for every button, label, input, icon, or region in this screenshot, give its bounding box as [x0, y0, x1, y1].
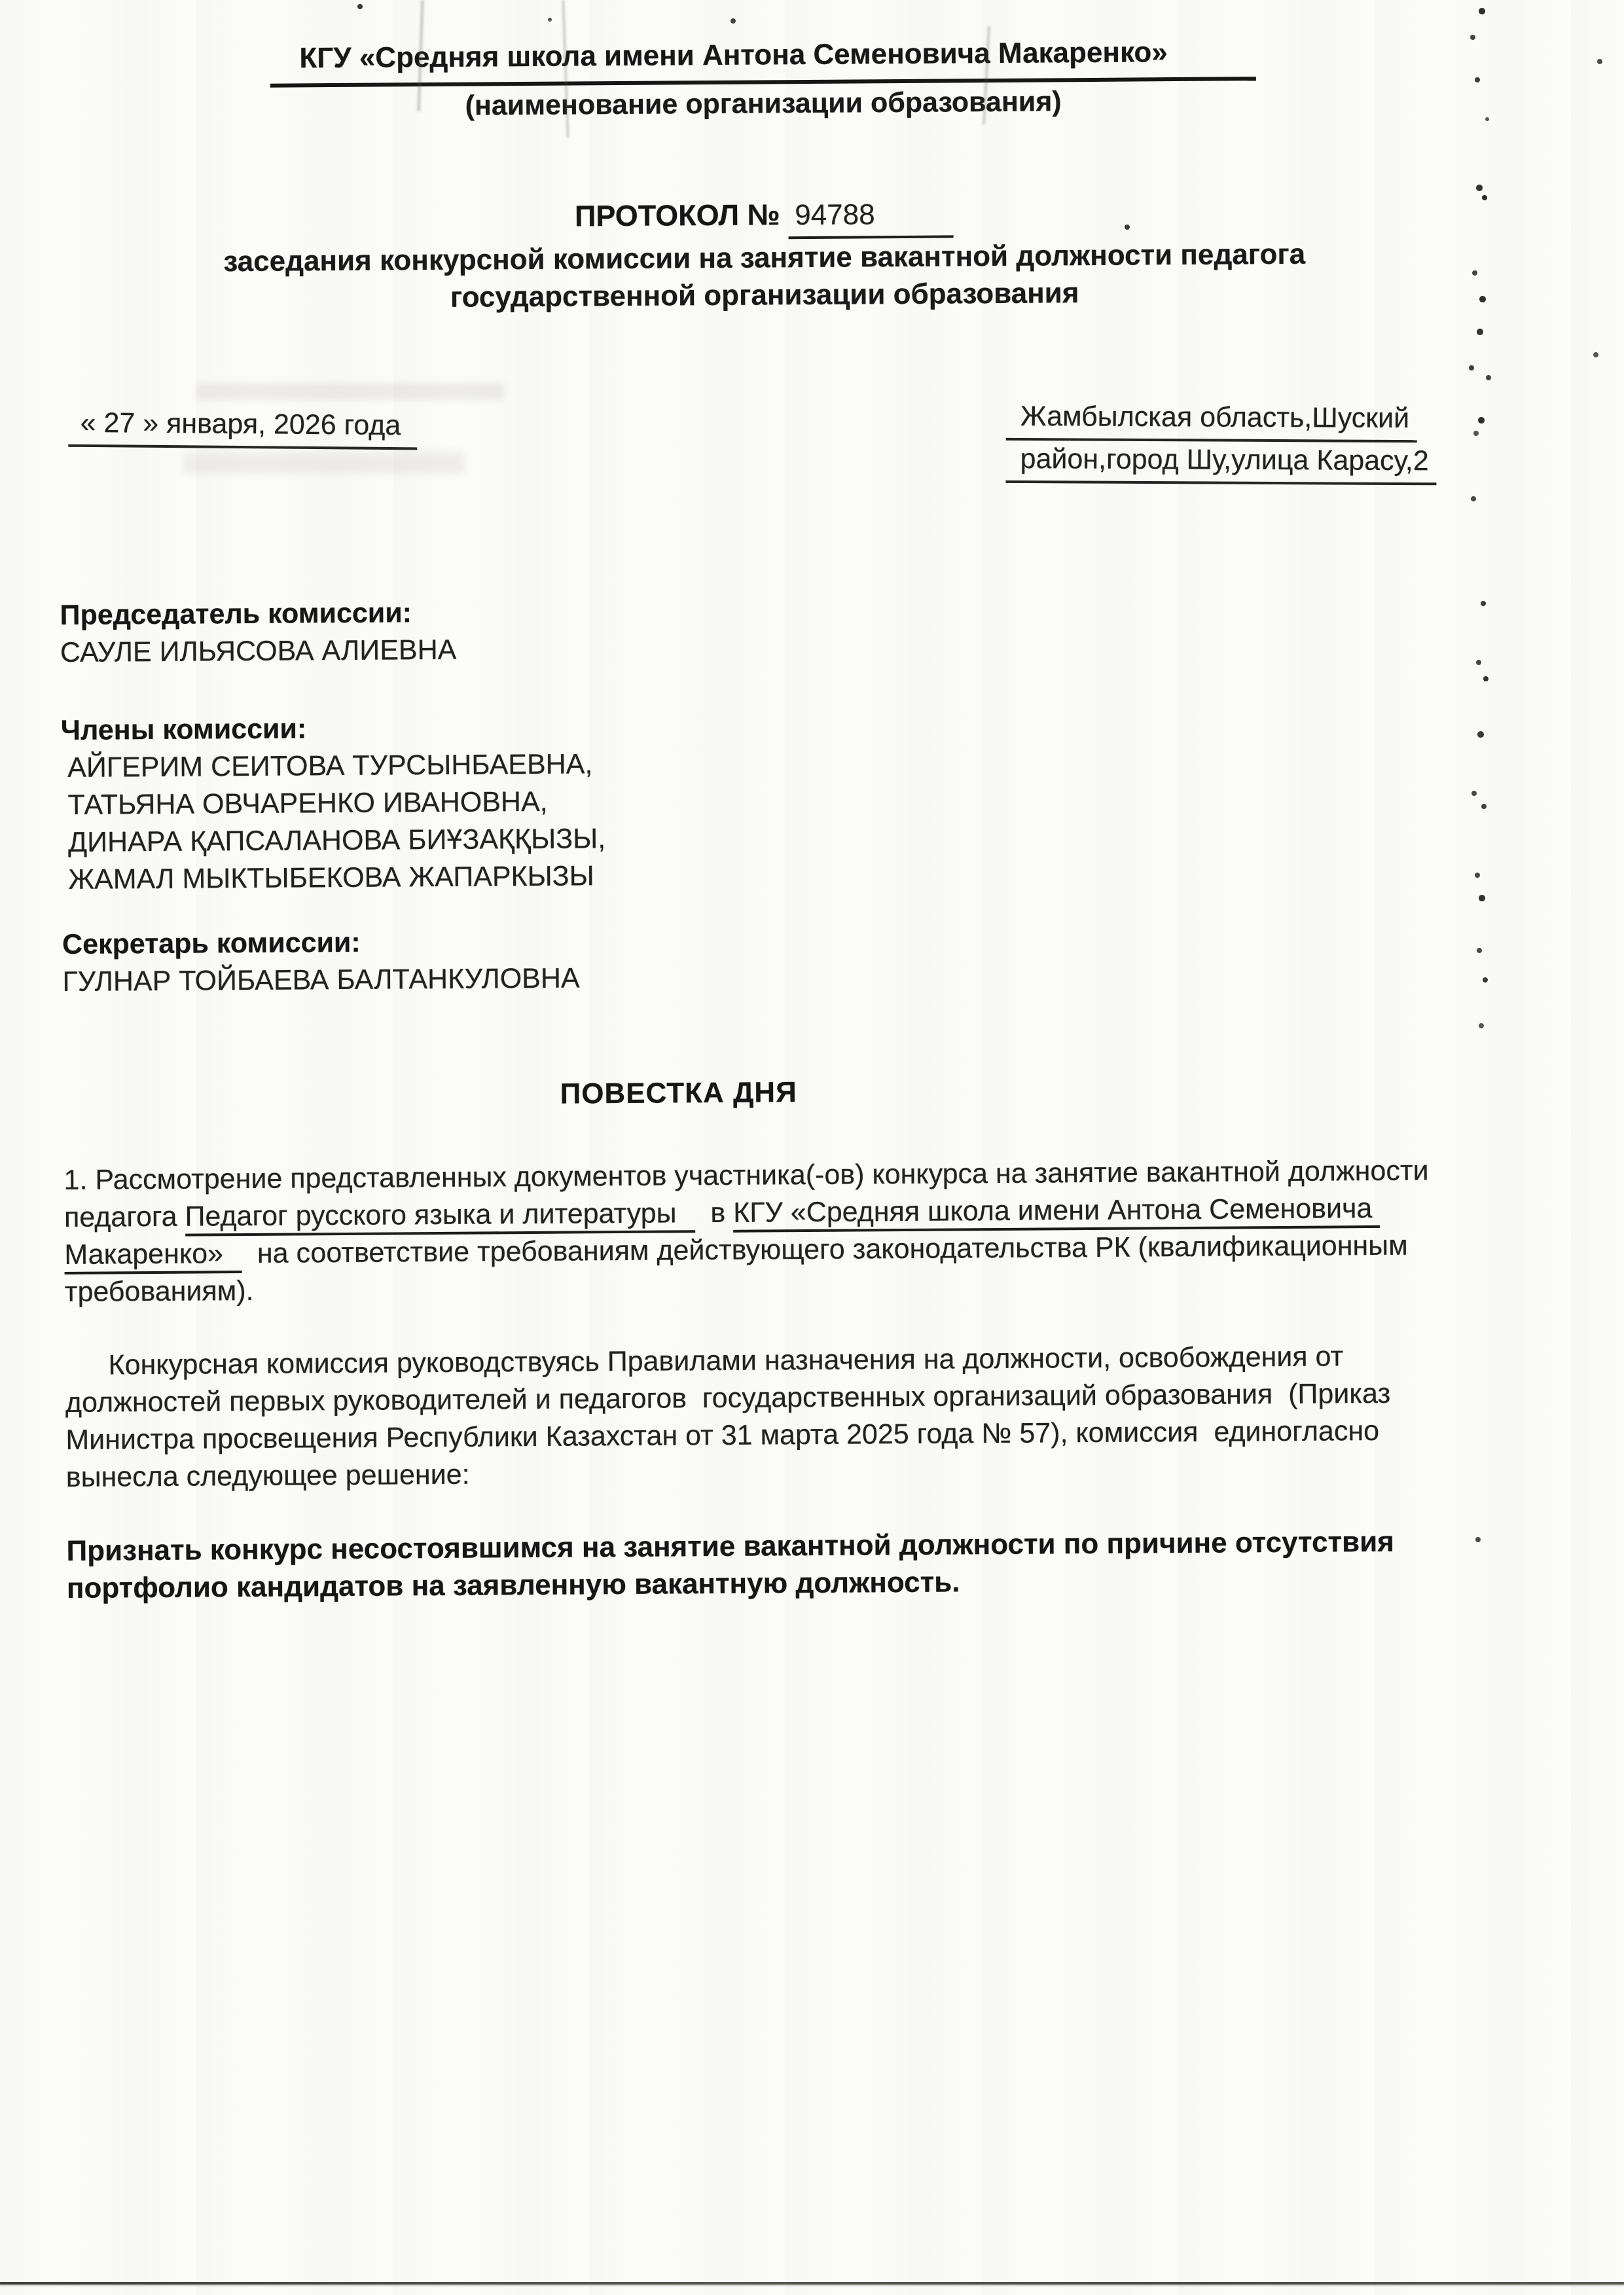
document-content: КГУ «Средняя школа имени Антона Семенови… [56, 0, 1481, 1607]
scan-smudge [196, 383, 504, 400]
protocol-title-block: ПРОТОКОЛ № 94788 заседания конкурсной ко… [57, 190, 1471, 319]
protocol-date: « 27 » января, 2026 года [68, 405, 417, 450]
scan-smudge [183, 452, 465, 474]
agenda-item-1: 1. Рассмотрение представленных документо… [63, 1152, 1479, 1311]
members-section: Члены комиссии: АЙГЕРИМ СЕИТОВА ТУРСЫНБА… [61, 702, 1476, 899]
resolution-paragraph: Конкурсная комиссия руководствуясь Прави… [65, 1337, 1480, 1496]
location-line-1: Жамбылская область,Шуский [1006, 398, 1417, 443]
page-bottom-edge [0, 2282, 1624, 2285]
date-location-row: « 27 » января, 2026 года Жамбылская обла… [58, 397, 1473, 492]
protocol-location: Жамбылская область,Шуский район,город Шу… [1005, 398, 1437, 485]
protocol-number: 94788 [788, 194, 954, 239]
decision-paragraph: Признать конкурс несостоявшимся на занят… [66, 1523, 1481, 1607]
protocol-label: ПРОТОКОЛ № [575, 198, 780, 232]
location-line-2: район,город Шу,улица Карасу,2 [1005, 441, 1436, 485]
scanned-document-page: КГУ «Средняя школа имени Антона Семенови… [0, 0, 1624, 2295]
chair-section: Председатель комиссии: САУЛЕ ИЛЬЯСОВА АЛ… [60, 587, 1474, 672]
scan-noise-specks [0, 0, 3, 3]
agenda-heading: ПОВЕСТКА ДНЯ [0, 1069, 1386, 1118]
secretary-section: Секретарь комиссии: ГУЛНАР ТОЙБАЕВА БАЛТ… [62, 916, 1477, 1001]
